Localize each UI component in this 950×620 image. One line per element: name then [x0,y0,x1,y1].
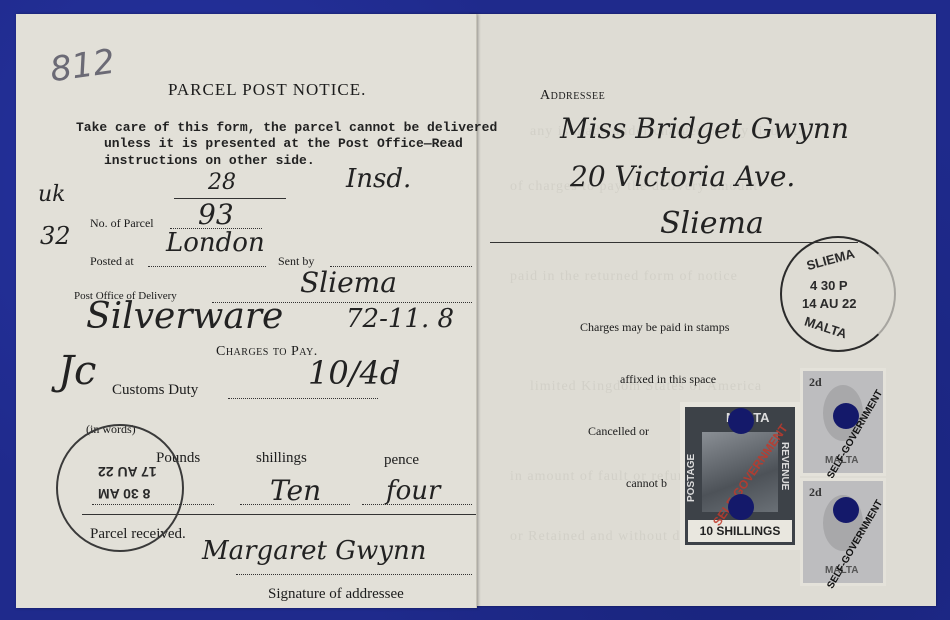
shillings-label: shillings [256,450,307,467]
stamps-instruction-2: affixed in this space [620,372,716,387]
pence-value: four [386,476,440,506]
parcel-number-above: 28 [208,170,236,195]
stamp-value: 2d [809,485,822,500]
margin-note-uk: uk [38,182,66,207]
address-rule [490,242,858,243]
parcel-post-notice: 812 PARCEL POST NOTICE. Take care of thi… [16,14,477,608]
postmark-time: 8 30 AM [98,486,150,502]
stamps-instruction-3: Cancelled or [588,424,649,439]
initials-note: Jc [58,348,96,394]
shillings-value: Ten [270,474,321,507]
insured-note: Insd. [346,164,411,194]
ten-shilling-stamp: MALTA POSTAGE REVENUE 10 SHILLINGS SELF-… [680,402,800,550]
content-ref: 72-11. 8 [346,304,454,334]
stamps-instruction-4: cannot b [626,476,667,491]
punch-hole [728,408,754,434]
two-pence-stamp-bottom: 2d MALTA SELF-GOVERNMENT [800,478,886,586]
postmark-country: MALTA [803,314,849,342]
addressee-street: 20 Victoria Ave. [570,160,795,193]
customs-duty-label: Customs Duty [112,382,198,399]
postmark-date: 14 AU 22 [802,296,856,311]
instruction-line-2: unless it is presented at the Post Offic… [104,136,463,151]
customs-postmark: 17 AU 22 8 30 AM [56,424,184,552]
margin-note-32: 32 [40,222,71,250]
post-office-value: Sliema [300,266,397,299]
postmark-town: SLIEMA [805,246,856,273]
stamp-value: 2d [809,375,822,390]
charges-heading: Charges to Pay. [216,344,318,360]
addressee-name: Miss Bridget Gwynn [560,112,849,145]
stamp-revenue-label: REVENUE [779,442,790,490]
page-title: PARCEL POST NOTICE. [168,80,366,100]
stamp-postage-label: POSTAGE [686,454,697,502]
punch-hole [728,494,754,520]
pencil-note: 812 [48,42,118,91]
punch-hole [833,497,859,523]
signature-line [236,574,472,575]
addressee-town: Sliema [660,206,764,241]
postmark-date: 17 AU 22 [98,464,157,480]
posted-at-label: Posted at [90,254,134,269]
instruction-line-3: instructions on other side. [104,153,315,168]
stamp-value: 10 SHILLINGS [688,520,792,542]
signature-label: Signature of addressee [268,586,404,603]
customs-duty-line [228,398,378,399]
posted-at-line [148,266,266,267]
pence-label: pence [384,452,419,469]
addressee-sheet: any is made under charges or any liabili… [470,14,936,606]
content-note: Silverware [86,296,283,337]
postmark-time: 4 30 P [810,278,848,293]
signature-value: Margaret Gwynn [202,536,426,566]
parcel-number-label: No. of Parcel [90,216,154,231]
parcel-number-value: 93 [198,198,234,231]
two-pence-stamp-top: 2d MALTA SELF-GOVERNMENT [800,368,886,476]
stamps-instruction-1: Charges may be paid in stamps [580,320,729,335]
customs-duty-value: 10/4d [308,354,400,392]
addressee-heading: Addressee [540,88,605,104]
posted-at-value: London [166,228,265,258]
instruction-line-1: Take care of this form, the parcel canno… [76,120,497,135]
sliema-postmark: SLIEMA 4 30 P 14 AU 22 MALTA [780,236,896,352]
punch-hole [833,403,859,429]
